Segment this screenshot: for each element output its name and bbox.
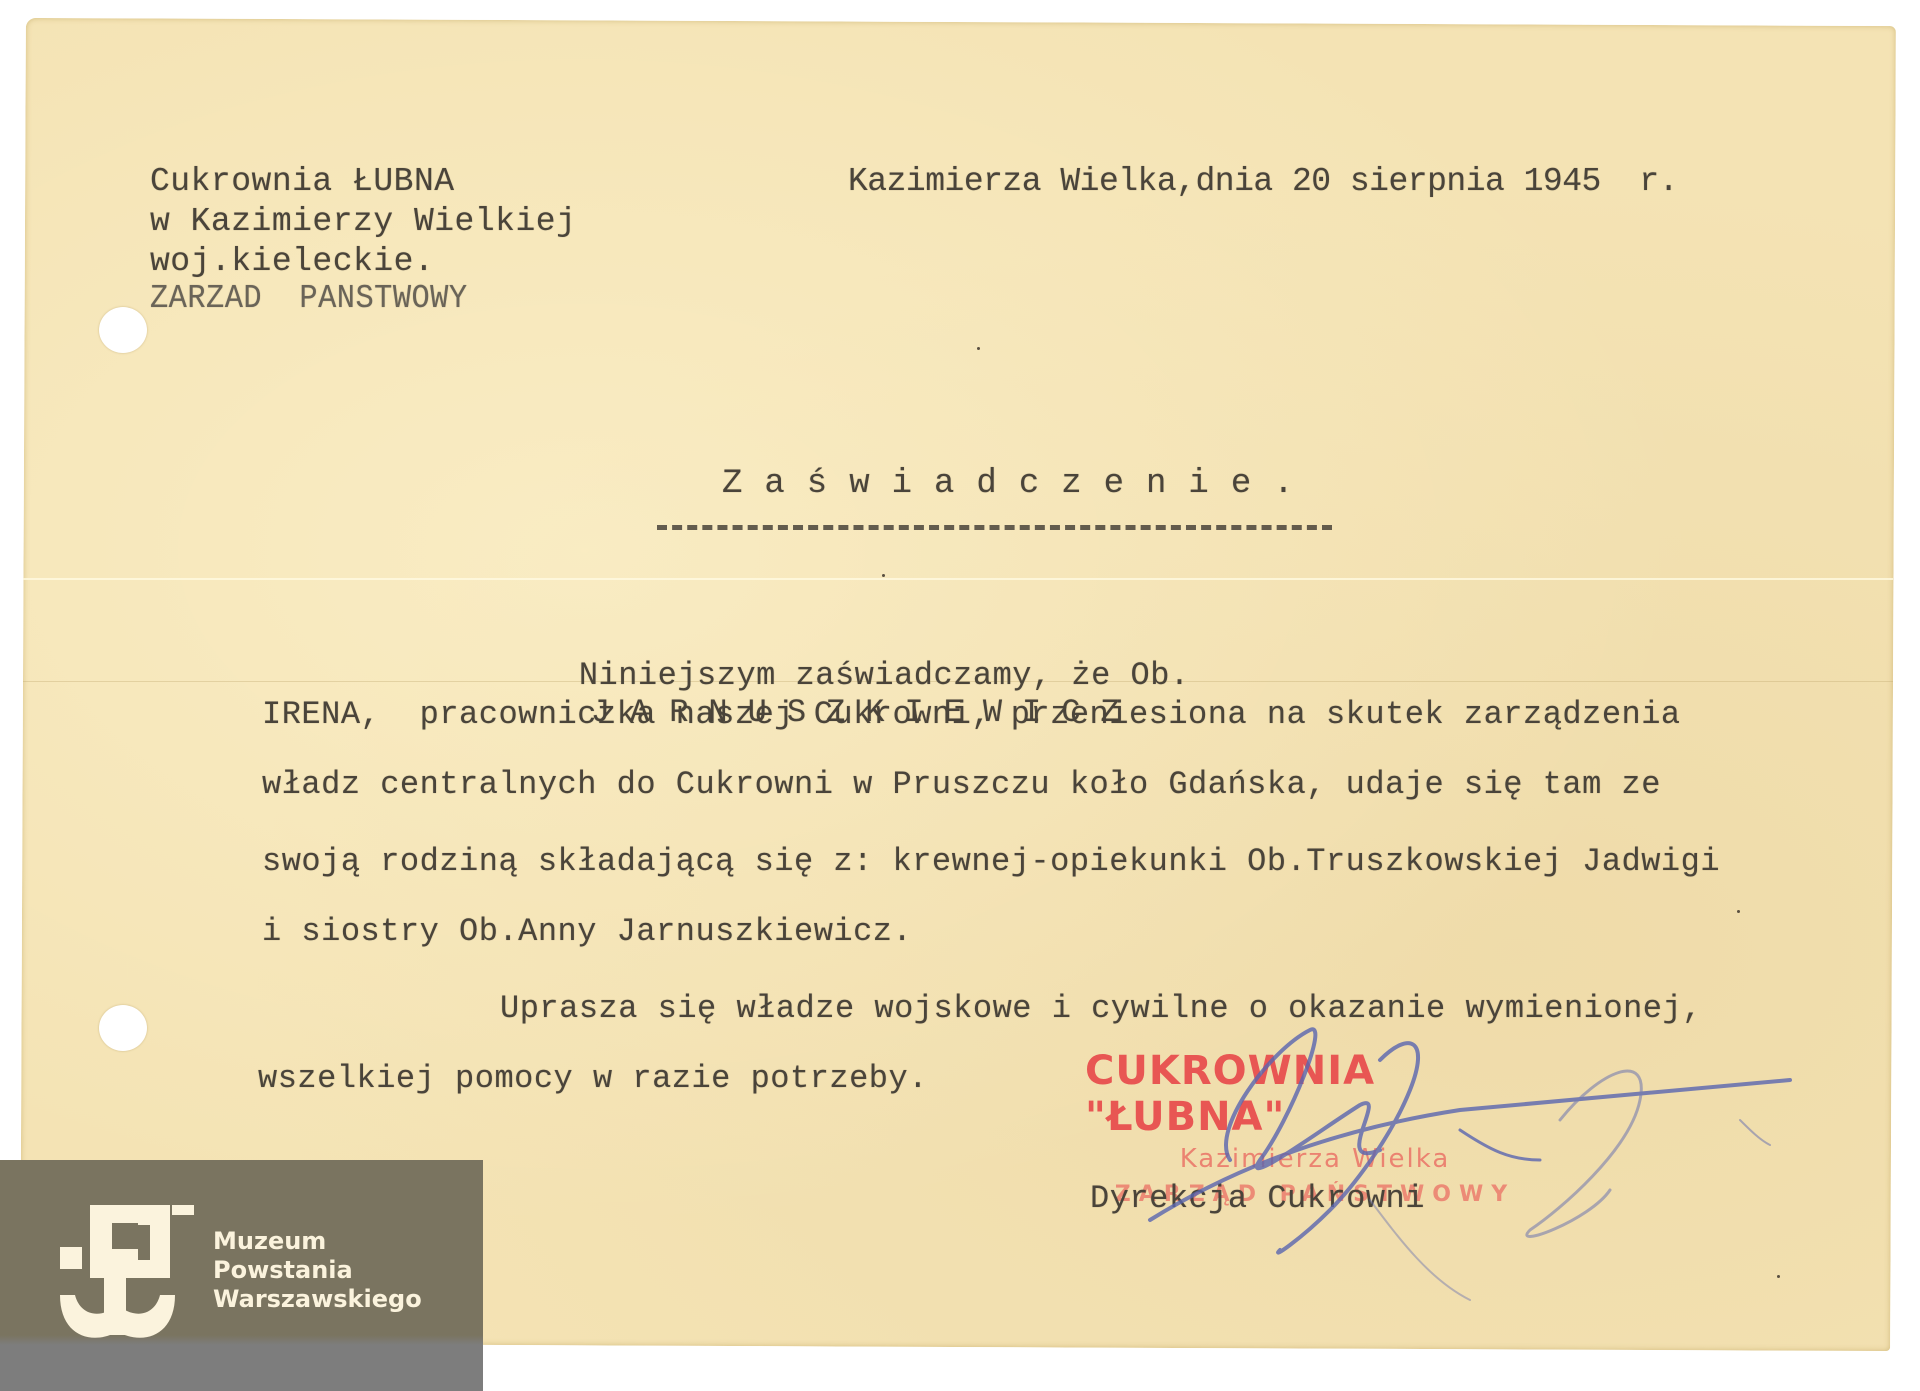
paper-speck — [1777, 1275, 1780, 1278]
kotwica-anchor-icon — [60, 1205, 200, 1345]
museum-watermark: Muzeum Powstania Warszawskiego — [0, 1160, 483, 1391]
museum-name: Muzeum Powstania Warszawskiego — [213, 1227, 422, 1314]
museum-name-line: Muzeum — [213, 1227, 422, 1256]
letterhead-line: w Kazimierzy Wielkiej — [150, 203, 576, 240]
museum-name-line: Warszawskiego — [213, 1285, 422, 1314]
punch-hole — [99, 1005, 147, 1051]
museum-name-line: Powstania — [213, 1256, 422, 1285]
paper-speck — [1737, 910, 1740, 913]
body-text: Niniejszym zaświadczamy, że Ob. — [579, 657, 1190, 694]
paper-speck — [882, 574, 885, 577]
letterhead-line: woj.kieleckie. — [150, 243, 434, 280]
body-line: i siostry Ob.Anny Jarnuszkiewicz. — [262, 913, 912, 950]
fold-line — [23, 578, 1893, 580]
title-underline — [657, 525, 1332, 530]
paper-speck — [977, 347, 980, 350]
body-line: władz centralnych do Cukrowni w Pruszczu… — [262, 766, 1661, 803]
handwritten-signature — [1130, 1010, 1830, 1310]
body-line: wszelkiej pomocy w razie potrzeby. — [258, 1060, 928, 1097]
body-line: IRENA, pracowniczka naszej Cukrowni, prz… — [262, 696, 1681, 733]
punch-hole — [99, 307, 147, 353]
dateline: Kazimierza Wielka,dnia 20 sierpnia 1945 … — [848, 163, 1678, 200]
body-line: Niniejszym zaświadczamy, że Ob. JARNUSZK… — [500, 620, 1190, 768]
letterhead-line: ZARZAD PANSTWOWY — [150, 280, 468, 317]
body-line: swoją rodziną składającą się z: krewnej-… — [262, 843, 1720, 880]
letterhead-line: Cukrownia ŁUBNA — [150, 163, 455, 200]
document-title: Zaświadczenie. — [722, 465, 1316, 503]
